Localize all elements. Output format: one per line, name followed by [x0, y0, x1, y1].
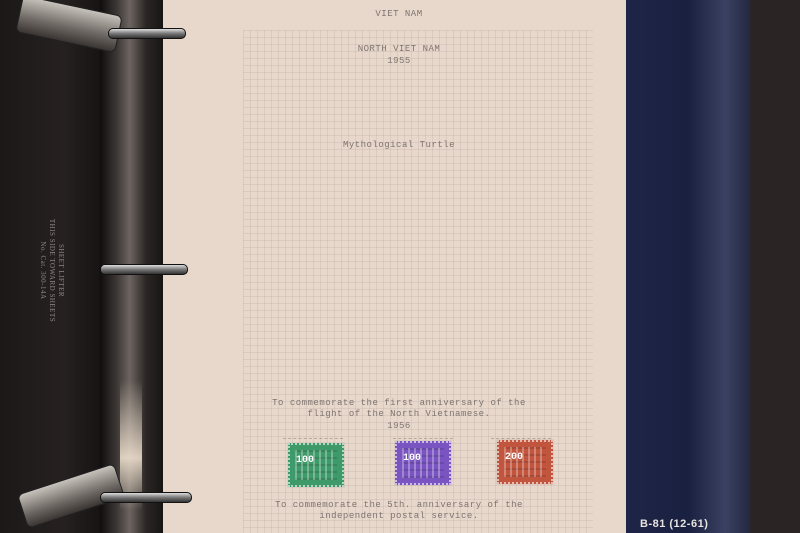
stamp-red-brown[interactable]: 200 — [497, 440, 553, 484]
stamp-violet[interactable]: 100 — [395, 441, 451, 485]
binder-ring-bottom — [100, 492, 192, 503]
album-page: VIET NAM NORTH VIET NAM 1955 Mythologica… — [163, 0, 635, 533]
set2-caption-line1: To commemorate the first anniversary of … — [163, 398, 635, 408]
set2-year: 1956 — [163, 421, 635, 431]
cover-code: B-81 (12-61) — [640, 518, 708, 530]
binder-right-cover: B-81 (12-61) — [626, 0, 750, 533]
set2-caption-line2: flight of the North Vietnamese. — [163, 409, 635, 419]
stamp-mount — [283, 438, 343, 440]
page-header: VIET NAM — [163, 9, 635, 19]
background-surface — [750, 0, 800, 533]
set3-caption-line1: To commemorate the 5th. anniversary of t… — [163, 500, 635, 510]
section-year: 1955 — [163, 56, 635, 66]
section-title: NORTH VIET NAM — [163, 44, 635, 54]
stamp-value: 100 — [296, 455, 314, 466]
stamp-green[interactable]: 100 — [288, 443, 344, 487]
metal-reflection — [120, 380, 142, 510]
stamp-mount — [393, 438, 453, 440]
stamp-value: 200 — [505, 452, 523, 463]
set1-caption: Mythological Turtle — [163, 140, 635, 150]
set3-caption-line2: independent postal service. — [163, 511, 635, 521]
stamp-value: 100 — [403, 453, 421, 464]
binder-ring-top — [108, 28, 186, 39]
sheet-lifter-label: SHEET LIFTER THIS SIDE TOWARD SHEETS No.… — [22, 210, 82, 330]
binder-left-cover: SHEET LIFTER THIS SIDE TOWARD SHEETS No.… — [0, 0, 105, 533]
spine-label-line: SHEET LIFTER — [57, 218, 66, 321]
spine-label-line: THIS SIDE TOWARD SHEETS — [48, 218, 57, 321]
binder-ring-middle — [100, 264, 188, 275]
